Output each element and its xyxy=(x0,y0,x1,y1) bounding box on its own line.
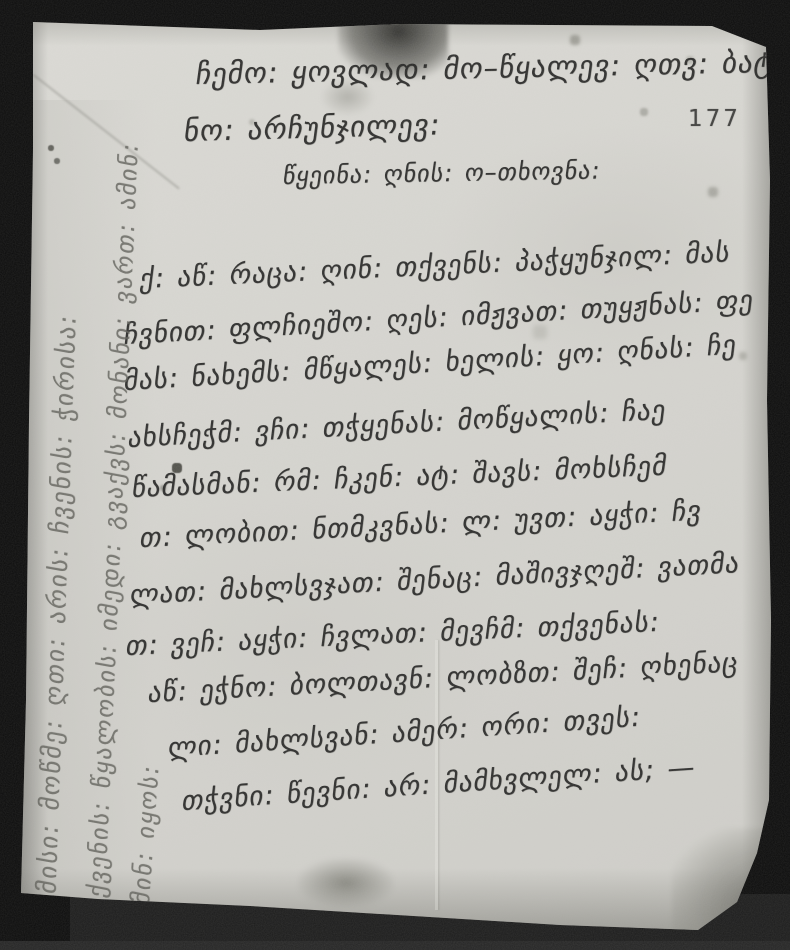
body-line-4: ახსჩეჭმ: ვჩი: თჭყენას: მოწყალის: ჩაე xyxy=(126,397,668,452)
body-line-9: აწ: ეჭნო: ბოლთავნ: ლობზთ: შეჩ: ღხენაც xyxy=(146,649,740,707)
body-line-11: თჭვნი: წევნი: არ: მამხვლელ: ას; — xyxy=(181,754,698,815)
body-line-10: ლი: მახლსვან: ამერ: ორი: თვეს: xyxy=(167,703,643,762)
body-line-6: თ: ლობით: ნთმკვნას: ლ: უვთ: აყჭი: ჩვ xyxy=(138,497,703,552)
scanner-bed-bottom-edge xyxy=(0,941,790,950)
heading-line-1: ჩემო: ყოვლად: მო–წყალევ: ღთვ: ბატ xyxy=(194,48,776,89)
body-line-8: თ: ვეჩ: აყჭი: ჩვლათ: მევჩმ: თქვენას: xyxy=(124,609,661,660)
manuscript-page: 177 ჩემო: ყოვლად: მო–წყალევ: ღთვ: ბატ ნო… xyxy=(0,0,790,950)
heading-line-2: ნო: არჩუნჯილევ: xyxy=(182,110,442,146)
margin-note-1: ამისი: მოწმე: ღთი: არის: ჩვენის: ჭირისა: xyxy=(34,312,80,911)
body-line-5: წამასმან: რმ: ჩკენ: ატ: შავს: მოხსჩემ xyxy=(130,452,669,502)
heading-line-3: წყეინა: ღნის: ო–თხოვნა: xyxy=(281,158,602,188)
paper-edge-shade-top xyxy=(20,20,770,46)
margin-note-3: ამინ: იყოს: xyxy=(128,762,163,921)
paper-edge-shade-right xyxy=(742,26,772,906)
stain-bottom xyxy=(298,858,394,908)
body-line-1: ქ: აწ: რაცა: ღინ: თქვენს: პაჭყუნჯილ: მას xyxy=(138,239,732,293)
page-number: 177 xyxy=(688,106,741,132)
scanned-manuscript: 177 ჩემო: ყოვლად: მო–წყალევ: ღთვ: ბატ ნო… xyxy=(0,0,790,950)
body-line-7: ლათ: მახლსვჯათ: შენაც: მაშივჯღეშ: ვათმა xyxy=(128,550,741,609)
foxing-freckles xyxy=(0,0,2,2)
crease-diagonal-top-left xyxy=(33,74,180,189)
